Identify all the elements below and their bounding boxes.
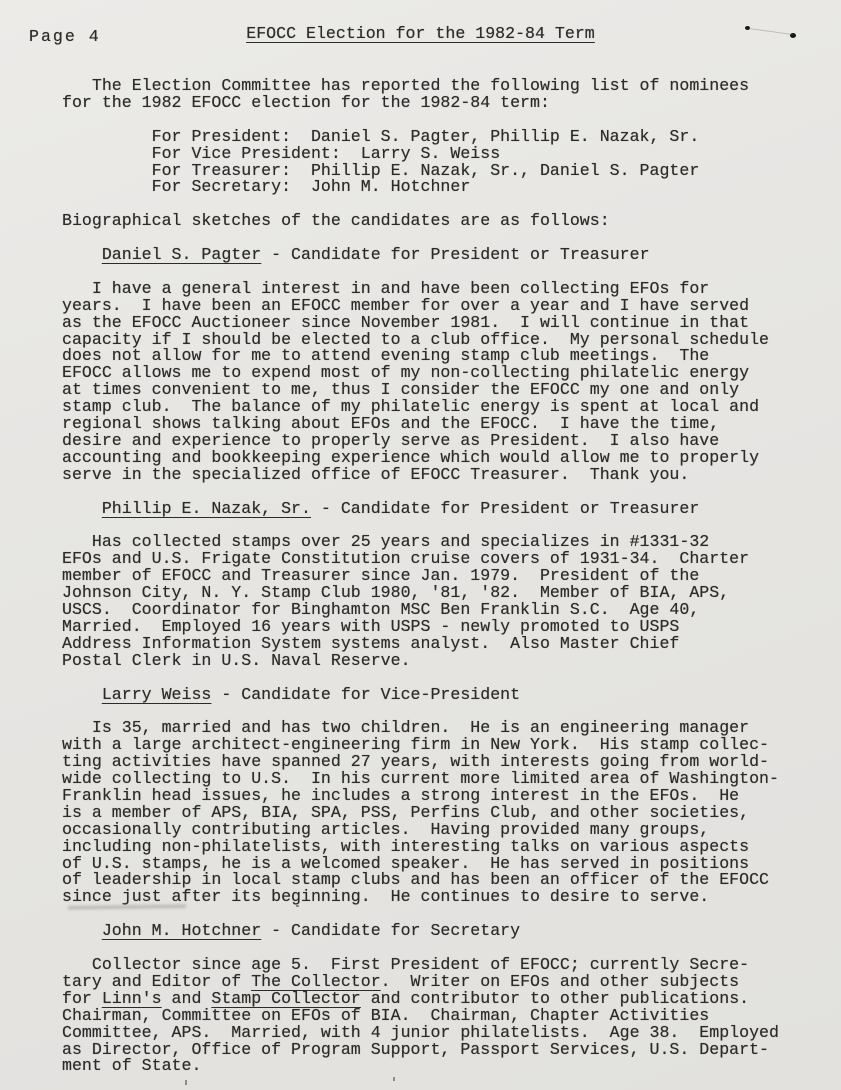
text-line: as the EFOCC Auctioneer since November 1… (62, 315, 833, 332)
nazak-bio: Has collected stamps over 25 years and s… (62, 534, 833, 669)
text-segment (62, 245, 102, 264)
stray-mark (185, 1080, 187, 1085)
text-line: ment of State. (62, 1058, 833, 1075)
text-line: For Secretary: John M. Hotchner (62, 179, 833, 196)
stray-mark (296, 905, 299, 907)
nazak-heading: Phillip E. Nazak, Sr. - Candidate for Pr… (62, 501, 833, 518)
document-header: Page 4 EFOCC Election for the 1982-84 Te… (0, 26, 841, 43)
underlined-text: Linn's (102, 989, 162, 1008)
document-body: The Election Committee has reported the … (62, 78, 833, 1075)
text-line: Daniel S. Pagter - Candidate for Preside… (62, 247, 833, 264)
intro-paragraph: The Election Committee has reported the … (62, 78, 833, 112)
text-segment: and (162, 989, 212, 1008)
text-line: for the 1982 EFOCC election for the 1982… (62, 95, 833, 112)
pagter-heading: Daniel S. Pagter - Candidate for Preside… (62, 247, 833, 264)
pagter-bio: I have a general interest in and have be… (62, 281, 833, 484)
underlined-text: Phillip E. Nazak, Sr. (102, 499, 311, 518)
stray-mark (393, 1077, 395, 1081)
underlined-text: Daniel S. Pagter (102, 245, 261, 264)
text-segment (62, 921, 102, 940)
text-segment: - Candidate for President or Treasurer (261, 245, 649, 264)
title-row: EFOCC Election for the 1982-84 Term (0, 26, 841, 43)
text-segment: and contributor to other publications. (361, 989, 749, 1008)
text-line: For Vice President: Larry S. Weiss (62, 146, 833, 163)
weiss-heading: Larry Weiss - Candidate for Vice-Preside… (62, 687, 833, 704)
scanned-document-page: Page 4 EFOCC Election for the 1982-84 Te… (0, 0, 841, 1090)
text-line: Phillip E. Nazak, Sr. - Candidate for Pr… (62, 501, 833, 518)
text-segment (62, 685, 102, 704)
bio-intro: Biographical sketches of the candidates … (62, 213, 833, 230)
weiss-bio: Is 35, married and has two children. He … (62, 720, 833, 906)
page-title: EFOCC Election for the 1982-84 Term (246, 26, 595, 43)
text-line: Postal Clerk in U.S. Naval Reserve. (62, 653, 833, 670)
hotchner-heading: John M. Hotchner - Candidate for Secreta… (62, 923, 833, 940)
underlined-text: Stamp Collector (211, 989, 360, 1008)
underlined-text: Larry Weiss (102, 685, 212, 704)
page-number-label: Page 4 (29, 29, 101, 46)
text-line: Biographical sketches of the candidates … (62, 213, 833, 230)
underlined-text: John M. Hotchner (102, 921, 261, 940)
text-segment: - Candidate for Vice-President (211, 685, 520, 704)
text-segment: - Candidate for President or Treasurer (311, 499, 699, 518)
nominee-list: For President: Daniel S. Pagter, Phillip… (62, 129, 833, 197)
text-line: serve in the specialized office of EFOCC… (62, 467, 833, 484)
hotchner-bio: Collector since age 5. First President o… (62, 957, 833, 1075)
text-segment: for (62, 989, 102, 1008)
text-segment: - Candidate for Secretary (261, 921, 520, 940)
text-line: Larry Weiss - Candidate for Vice-Preside… (62, 687, 833, 704)
text-line: Committee, APS. Married, with 4 junior p… (62, 1025, 833, 1042)
text-line: John M. Hotchner - Candidate for Secreta… (62, 923, 833, 940)
text-segment (62, 499, 102, 518)
